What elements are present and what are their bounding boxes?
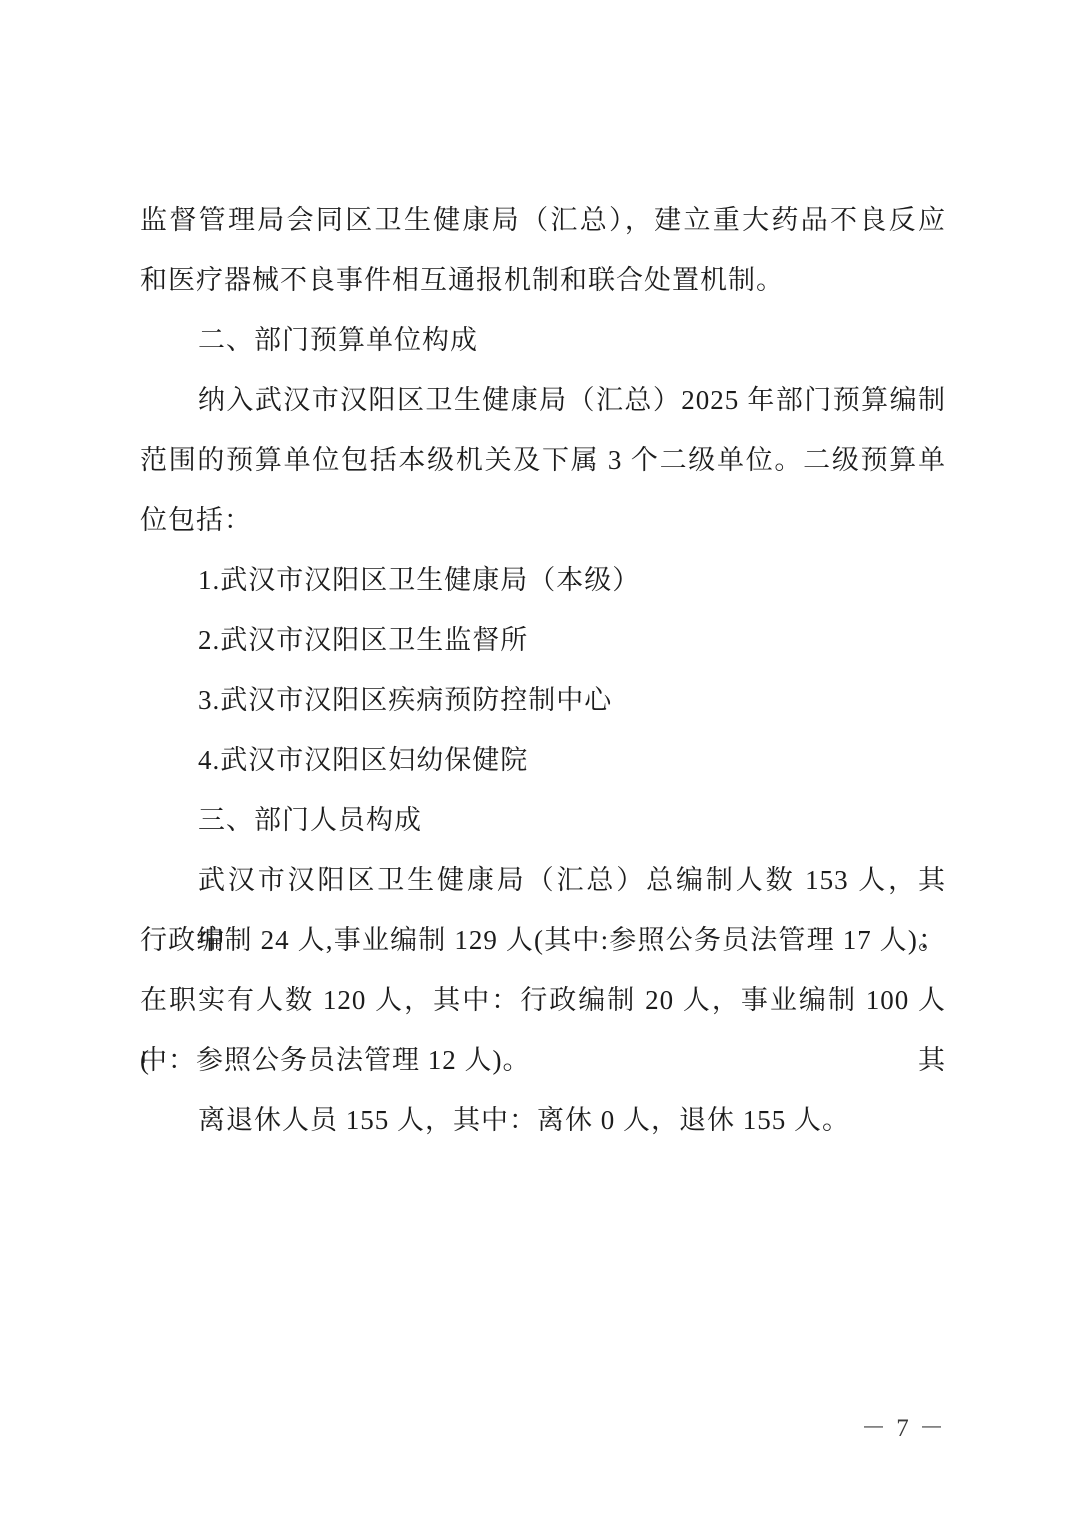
document-page: 监督管理局会同区卫生健康局（汇总），建立重大药品不良反应和医疗器械不良事件相互通…: [0, 0, 1074, 1520]
list-item: 1.武汉市汉阳区卫生健康局（本级）: [140, 550, 946, 610]
list-item: 3.武汉市汉阳区疾病预防控制中心: [140, 670, 946, 730]
paragraph-line: 范围的预算单位包括本级机关及下属 3 个二级单位。二级预算单: [140, 430, 946, 490]
document-body: 监督管理局会同区卫生健康局（汇总），建立重大药品不良反应和医疗器械不良事件相互通…: [140, 190, 946, 1150]
paragraph-line: 位包括：: [140, 490, 946, 550]
paragraph-line: 离退休人员 155 人，其中：离休 0 人，退休 155 人。: [140, 1090, 946, 1150]
section-heading: 二、部门预算单位构成: [140, 310, 946, 370]
paragraph-line: 在职实有人数 120 人，其中：行政编制 20 人，事业编制 100 人(其: [140, 970, 946, 1030]
list-item: 2.武汉市汉阳区卫生监督所: [140, 610, 946, 670]
paragraph-line: 和医疗器械不良事件相互通报机制和联合处置机制。: [140, 250, 946, 310]
list-item: 4.武汉市汉阳区妇幼保健院: [140, 730, 946, 790]
page-number: － 7 －: [861, 1408, 946, 1444]
paragraph-line: 武汉市汉阳区卫生健康局（汇总）总编制人数 153 人，其中：: [140, 850, 946, 910]
paragraph-line: 监督管理局会同区卫生健康局（汇总），建立重大药品不良反应: [140, 190, 946, 250]
paragraph-line: 行政编制 24 人,事业编制 129 人(其中:参照公务员法管理 17 人)。: [140, 910, 946, 970]
section-heading: 三、部门人员构成: [140, 790, 946, 850]
paragraph-line: 纳入武汉市汉阳区卫生健康局（汇总）2025 年部门预算编制: [140, 370, 946, 430]
